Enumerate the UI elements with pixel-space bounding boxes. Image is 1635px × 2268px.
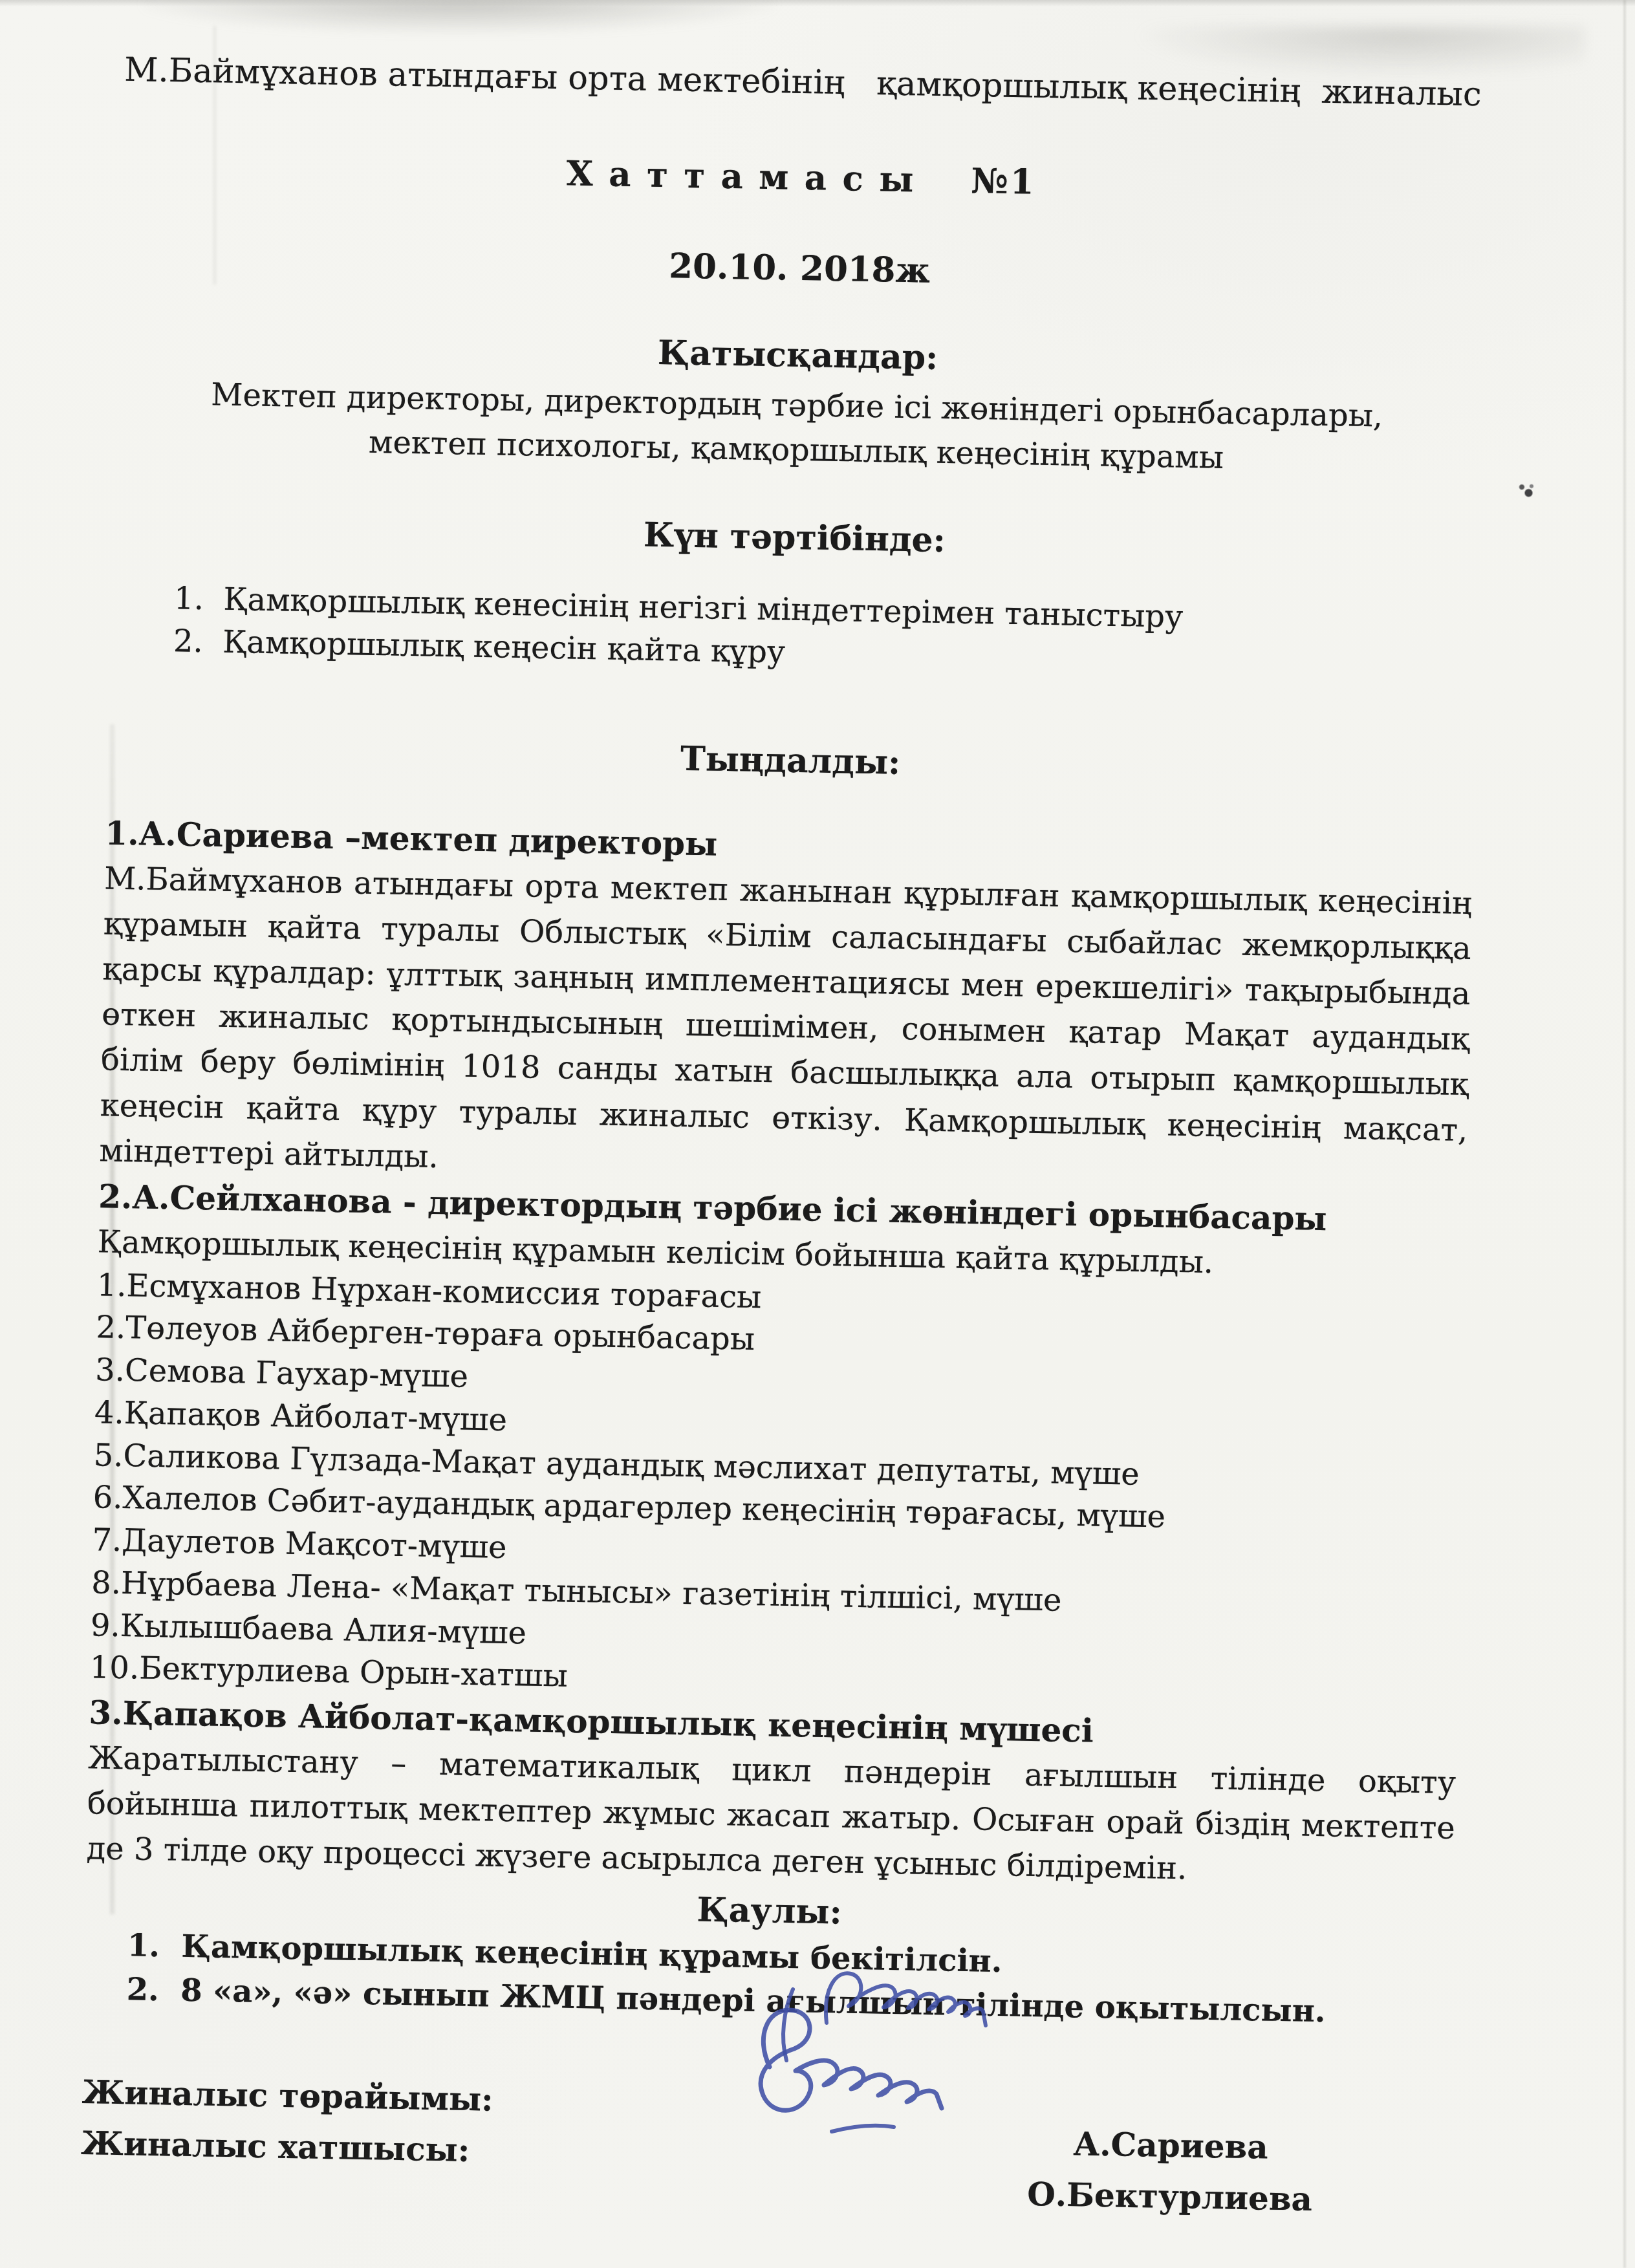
agenda-heading: Күн тәртібінде:: [111, 501, 1479, 574]
document-title: М.Баймұханов атындағы орта мектебінің қа…: [118, 47, 1487, 119]
speaker-1-body: М.Баймұханов атындағы орта мектеп жанына…: [99, 856, 1473, 1198]
protocol-date: 20.10. 2018ж: [115, 232, 1484, 305]
council-members-list: 1.Есмұханов Нұрхан-комиссия торағасы 2.Т…: [89, 1264, 1465, 1714]
agenda-list: 1. Қамқоршылық кенесінің негізгі міндетт…: [108, 576, 1477, 686]
heard-heading: Тыңдалды:: [106, 725, 1475, 798]
scan-top-edge-shadow: [0, 0, 1635, 6]
secretary-name: О.Бектурлиева: [1027, 2168, 1313, 2225]
speaker-3-body: Жаратылыстану – математикалық цикл пәнде…: [86, 1735, 1456, 1896]
secretary-label: Жиналыс хатшысы:: [81, 2117, 493, 2176]
handwritten-signature-icon: [673, 1940, 1099, 2154]
document-body: М.Баймұханов атындағы орта мектебінің қа…: [80, 33, 1488, 2227]
chair-label: Жиналыс төрайымы:: [81, 2066, 493, 2125]
scanned-protocol-page: М.Баймұханов атындағы орта мектебінің қа…: [0, 0, 1635, 2268]
ink-speck: [1516, 481, 1535, 498]
paper-right-edge: [1623, 0, 1626, 2268]
protocol-number-heading: Х а т т а м а с ы №1: [117, 142, 1486, 215]
participants-text: Мектеп директоры, директордың тәрбие ісі…: [149, 371, 1444, 484]
scan-smudge: [142, 0, 776, 34]
signature-labels: Жиналыс төрайымы: Жиналыс хатшысы:: [81, 2066, 494, 2176]
